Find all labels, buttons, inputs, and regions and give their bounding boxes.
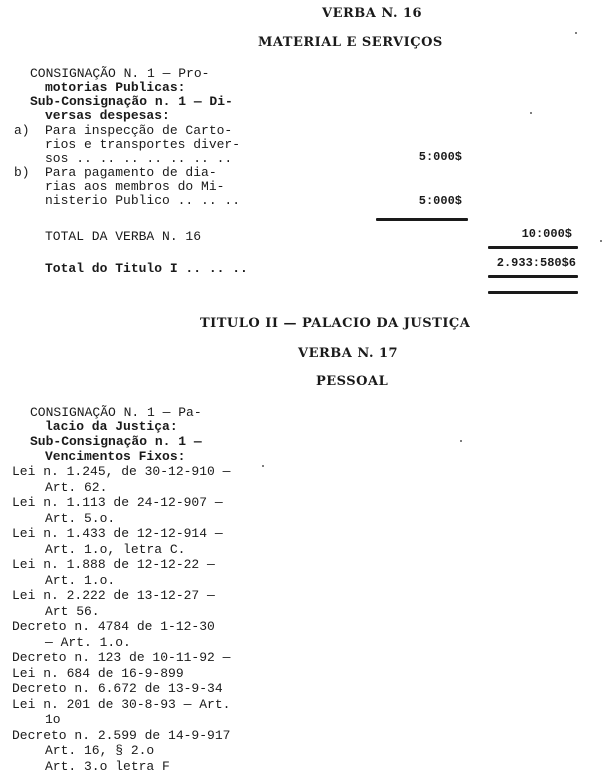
- double-rule-bottom: [488, 291, 578, 294]
- subconsignacao-line-2: versas despesas:: [45, 109, 170, 123]
- verba-17-title: VERBA N. 17: [298, 346, 398, 361]
- item-b-marker: b): [14, 166, 30, 180]
- law-article: Art 56.: [45, 605, 100, 619]
- item-b-amount: 5:000$: [380, 194, 462, 208]
- subtotal-rule: [376, 218, 468, 221]
- total-rule: [488, 246, 578, 249]
- law-entry: Decreto n. 6.672 de 13-9-34: [12, 682, 223, 696]
- law-entry: Lei n. 201 de 30-8-93 — Art.: [12, 698, 230, 712]
- law-article: Art. 16, § 2.o: [45, 744, 154, 758]
- law-article: Art. 3.o letra F: [45, 760, 170, 770]
- verba-16-title: VERBA N. 16: [322, 6, 422, 21]
- item-b-line: nisterio Publico .. .. ..: [45, 194, 240, 208]
- law-entry: Lei n. 1.113 de 24-12-907 —: [12, 496, 223, 510]
- total-titulo-label: Total do Titulo I .. .. ..: [45, 262, 248, 276]
- subconsignacao-2-line-1: Sub-Consignação n. 1 —: [30, 435, 202, 449]
- law-entry: Decreto n. 4784 de 1-12-30: [12, 620, 215, 634]
- law-entry: Decreto n. 2.599 de 14-9-917: [12, 729, 230, 743]
- law-entry: Lei n. 684 de 16-9-899: [12, 667, 184, 681]
- titulo-2-title: TITULO II — PALACIO DA JUSTIÇA: [200, 316, 470, 331]
- law-article: 1o: [45, 713, 61, 727]
- verba-16-subtitle: MATERIAL E SERVIÇOS: [258, 35, 443, 50]
- total-verba-label: TOTAL DA VERBA N. 16: [45, 230, 201, 244]
- law-article: Art. 1.o.: [45, 574, 115, 588]
- law-entry: Decreto n. 123 de 10-11-92 —: [12, 651, 230, 665]
- pessoal-heading: PESSOAL: [316, 374, 388, 389]
- law-article: Art. 1.o, letra C.: [45, 543, 185, 557]
- law-entry: Lei n. 1.433 de 12-12-914 —: [12, 527, 223, 541]
- subconsignacao-2-line-2: Vencimentos Fixos:: [45, 450, 185, 464]
- law-entry: Lei n. 1.245, de 30-12-910 —: [12, 465, 230, 479]
- total-verba-amount: 10:000$: [488, 227, 572, 241]
- item-a-amount: 5:000$: [380, 150, 462, 164]
- total-titulo-amount: 2.933:580$6: [488, 256, 576, 270]
- law-article: Art. 62.: [45, 481, 107, 495]
- item-a-marker: a): [14, 124, 30, 138]
- law-entry: Lei n. 1.888 de 12-12-22 —: [12, 558, 215, 572]
- law-article: — Art. 1.o.: [45, 636, 131, 650]
- law-entry: Lei n. 2.222 de 13-12-27 —: [12, 589, 215, 603]
- consignacao-2-line-2: lacio da Justiça:: [45, 420, 178, 434]
- double-rule-top: [488, 275, 578, 278]
- law-article: Art. 5.o.: [45, 512, 115, 526]
